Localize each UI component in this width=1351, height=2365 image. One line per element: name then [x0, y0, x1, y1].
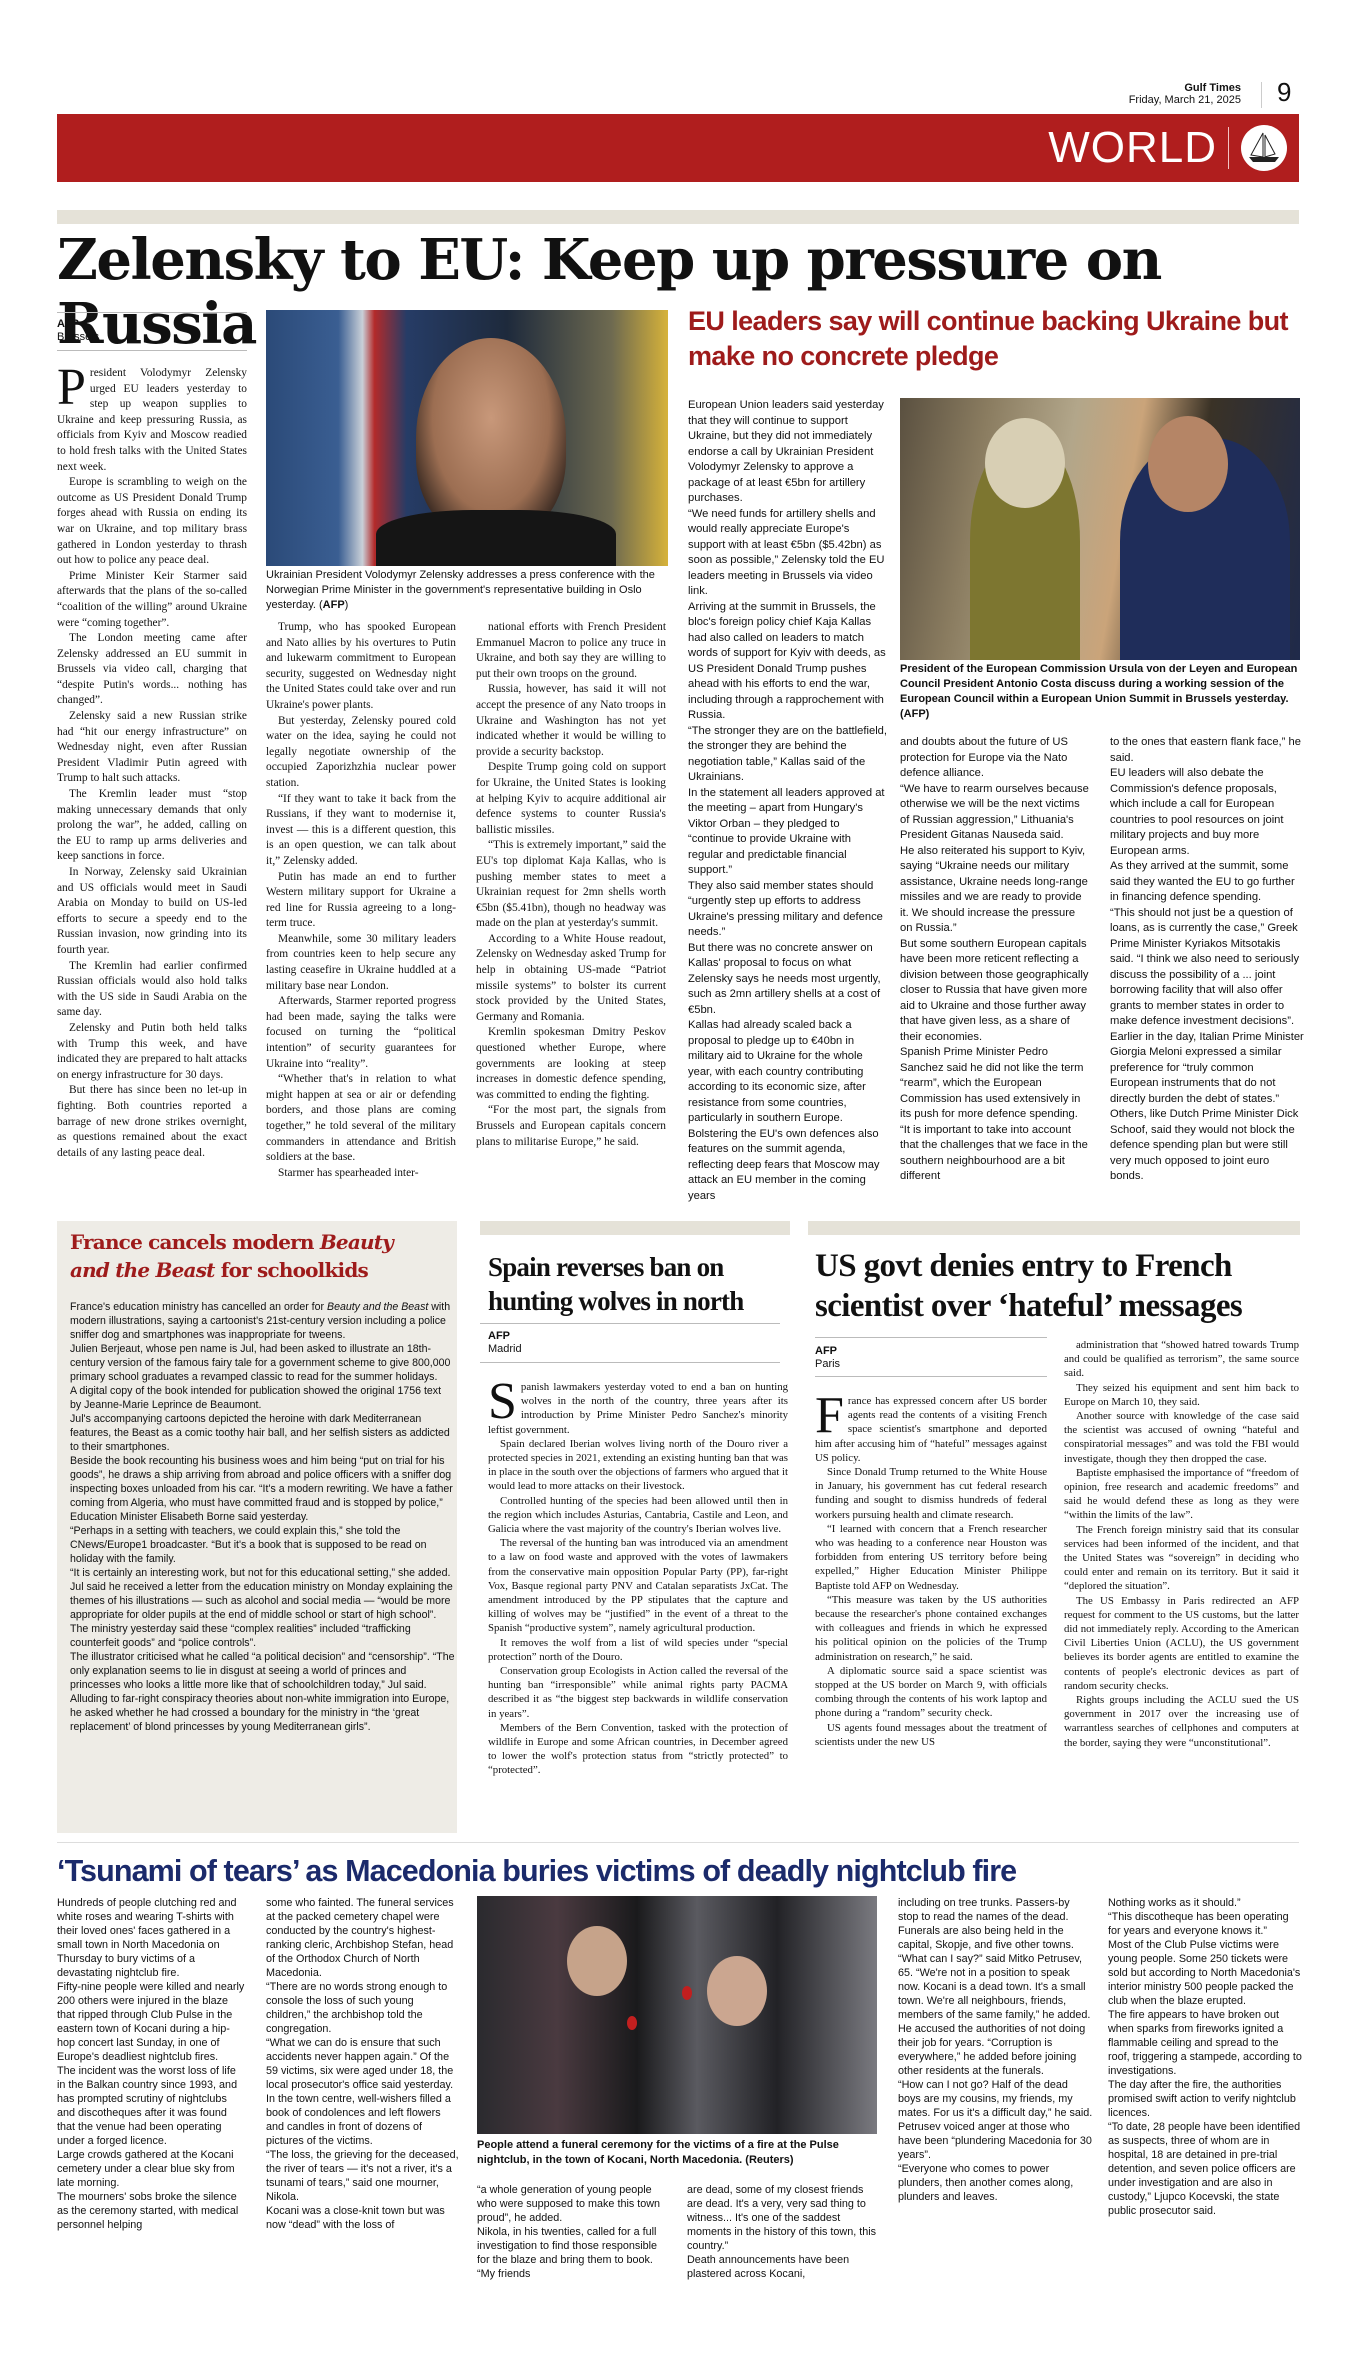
- macedonia-column-1: Hundreds of people clutching red and whi…: [57, 1896, 247, 2232]
- paragraph: national efforts with French President E…: [476, 620, 666, 682]
- byline-dateline: Paris: [815, 1358, 840, 1371]
- us-top-bar: [808, 1221, 1300, 1235]
- paragraph: Rights groups including the ACLU sued th…: [1064, 1693, 1299, 1750]
- paragraph: Spain declared Iberian wolves living nor…: [488, 1437, 788, 1494]
- byline-rule-top: [480, 1323, 780, 1324]
- lead-column-1: President Volodymyr Zelensky urged EU le…: [57, 366, 247, 1161]
- portrait-shoulders: [376, 510, 616, 566]
- mourner-face: [707, 1956, 767, 2026]
- intro-italic: Beauty and the Beast: [327, 1301, 428, 1313]
- paragraph: It removes the wolf from a list of wild …: [488, 1636, 788, 1664]
- france-story-body: France's education ministry has cancelle…: [70, 1300, 455, 1734]
- macedonia-top-rule: [57, 1842, 1299, 1843]
- paragraph: Members of the Bern Convention, tasked w…: [488, 1721, 788, 1778]
- lead-column-3: national efforts with French President E…: [476, 620, 666, 1150]
- headline-italic: and the Beast: [70, 1258, 215, 1282]
- paragraph: “This is extremely important,” said the …: [476, 838, 666, 932]
- paragraph: But there has since been no let-up in fi…: [57, 1083, 247, 1161]
- paragraph: “I learned with concern that a French re…: [815, 1522, 1047, 1593]
- photo-credit: AFP: [904, 708, 926, 720]
- byline-rule-top: [57, 312, 247, 313]
- byline-rule-top: [815, 1337, 1047, 1338]
- byline-rule-bottom: [815, 1376, 1047, 1377]
- eu-column-1: European Union leaders said yesterday th…: [688, 398, 888, 1204]
- paragraph: The Kremlin had earlier confirmed Russia…: [57, 959, 247, 1021]
- paragraph: “For the most part, the signals from Bru…: [476, 1103, 666, 1150]
- paragraph: A diplomatic source said a space scienti…: [815, 1664, 1047, 1721]
- zelensky-photo-caption: Ukrainian President Volodymyr Zelensky a…: [266, 568, 671, 613]
- paragraph: Starmer has spearheaded inter-: [266, 1166, 456, 1182]
- paragraph: Putin has made an end to further Western…: [266, 870, 456, 932]
- eu-leaders-photo: [900, 398, 1300, 660]
- section-divider: [1228, 127, 1229, 169]
- intro-text: France's education ministry has cancelle…: [70, 1301, 327, 1313]
- macedonia-column-5: including on tree trunks. Passers-by sto…: [898, 1896, 1093, 2204]
- spain-story-headline: Spain reverses ban on hunting wolves in …: [488, 1250, 788, 1318]
- paragraph: administration that “showed hatred towar…: [1064, 1338, 1299, 1381]
- drop-cap: F: [815, 1396, 844, 1436]
- paragraph: Another source with knowledge of the cas…: [1064, 1409, 1299, 1466]
- paragraph: “If they want to take it back from the R…: [266, 792, 456, 870]
- france-story-headline: France cancels modern Beauty and the Bea…: [70, 1228, 450, 1284]
- byline-agency: AFP: [815, 1345, 840, 1358]
- byline-agency: AFP: [57, 318, 247, 331]
- eu-story-headline: EU leaders say will continue backing Ukr…: [688, 304, 1308, 374]
- paragraph: “Whether that's in relation to what migh…: [266, 1072, 456, 1166]
- funeral-photo: [477, 1896, 877, 2134]
- paragraph: US agents found messages about the treat…: [815, 1721, 1047, 1749]
- paragraph: Baptiste emphasised the importance of “f…: [1064, 1466, 1299, 1523]
- von-der-leyen-head: [985, 418, 1065, 508]
- spain-top-bar: [480, 1221, 790, 1235]
- paragraph: According to a White House readout, Zele…: [476, 932, 666, 1026]
- paragraph: The Kremlin leader must “stop making unn…: [57, 787, 247, 865]
- photo-credit: Reuters: [749, 2154, 790, 2166]
- macedonia-story-headline: ‘Tsunami of tears’ as Macedonia buries v…: [57, 1852, 1317, 1890]
- headline-part: for schoolkids: [215, 1258, 368, 1282]
- headline-part: France cancels modern: [70, 1230, 320, 1254]
- paragraph: The London meeting came after Zelensky a…: [57, 631, 247, 709]
- paragraph: Trump, who has spooked European and Nato…: [266, 620, 456, 714]
- paragraph: The reversal of the hunting ban was intr…: [488, 1536, 788, 1635]
- paragraph: Since Donald Trump returned to the White…: [815, 1465, 1047, 1522]
- masthead-meta: Gulf Times Friday, March 21, 2025: [1129, 82, 1241, 106]
- macedonia-column-6: Nothing works as it should.” “This disco…: [1108, 1896, 1303, 2218]
- headline-italic: Beauty: [320, 1230, 393, 1254]
- red-rose: [682, 1986, 692, 2000]
- issue-date: Friday, March 21, 2025: [1129, 94, 1241, 106]
- byline-dateline: Madrid: [488, 1343, 522, 1356]
- us-byline: AFP Paris: [815, 1345, 840, 1371]
- byline-dateline: Brussels: [57, 331, 247, 344]
- section-title: WORLD: [1048, 122, 1217, 174]
- paragraph: In Norway, Zelensky said Ukrainian and U…: [57, 865, 247, 959]
- publication-name: Gulf Times: [1129, 82, 1241, 94]
- photo-credit: AFP: [323, 599, 345, 611]
- paragraph: Zelensky said a new Russian strike had “…: [57, 709, 247, 787]
- page-number: 9: [1277, 78, 1291, 106]
- paragraph: They seized his equipment and sent him b…: [1064, 1381, 1299, 1409]
- france-body-text: Julien Berjeaut, whose pen name is Jul, …: [70, 1342, 455, 1734]
- paragraph: Spanish lawmakers yesterday voted to end…: [488, 1380, 788, 1437]
- portrait-figure: [416, 338, 566, 538]
- paragraph: But yesterday, Zelensky poured cold wate…: [266, 714, 456, 792]
- paragraph: Despite Trump going cold on support for …: [476, 760, 666, 838]
- eu-column-2: and doubts about the future of US protec…: [900, 735, 1090, 1185]
- byline-rule-bottom: [480, 1362, 780, 1363]
- paragraph: President Volodymyr Zelensky urged EU le…: [57, 366, 247, 475]
- macedonia-column-3: “a whole generation of young people who …: [477, 2183, 672, 2281]
- paragraph: Controlled hunting of the species had be…: [488, 1494, 788, 1537]
- eu-column-3: to the ones that eastern flank face,” he…: [1110, 735, 1305, 1185]
- paragraph: Kremlin spokesman Dmitry Peskov question…: [476, 1025, 666, 1103]
- byline-agency: AFP: [488, 1330, 522, 1343]
- us-story-headline: US govt denies entry to French scientist…: [815, 1246, 1315, 1326]
- red-rose: [627, 2016, 637, 2030]
- france-intro: France's education ministry has cancelle…: [70, 1300, 455, 1342]
- mourner-face: [567, 1926, 627, 1996]
- paragraph: Zelensky and Putin both held talks with …: [57, 1021, 247, 1083]
- spain-story-body: Spanish lawmakers yesterday voted to end…: [488, 1380, 788, 1778]
- funeral-photo-caption: People attend a funeral ceremony for the…: [477, 2138, 877, 2168]
- section-band: WORLD: [57, 114, 1299, 182]
- paragraph: Europe is scrambling to weigh on the out…: [57, 475, 247, 569]
- paragraph: France has expressed concern after US bo…: [815, 1394, 1047, 1465]
- paragraph: “This measure was taken by the US author…: [815, 1593, 1047, 1664]
- paragraph: Meanwhile, some 30 military leaders from…: [266, 932, 456, 994]
- dhow-boat-icon: [1241, 125, 1287, 171]
- lead-column-2: Trump, who has spooked European and Nato…: [266, 620, 456, 1181]
- masthead-divider: [1261, 82, 1262, 108]
- drop-cap: S: [488, 1382, 517, 1422]
- eu-photo-caption: President of the European Commission Urs…: [900, 662, 1300, 722]
- us-column-1: France has expressed concern after US bo…: [815, 1394, 1047, 1749]
- spain-byline: AFP Madrid: [488, 1330, 522, 1356]
- lead-byline: AFP Brussels: [57, 318, 247, 344]
- costa-head: [1148, 416, 1228, 512]
- paragraph: Afterwards, Starmer reported progress ha…: [266, 994, 456, 1072]
- section-divider-bar: [57, 210, 1299, 224]
- macedonia-column-2: some who fainted. The funeral services a…: [266, 1896, 461, 2232]
- paragraph: Russia, however, has said it will not ac…: [476, 682, 666, 760]
- macedonia-column-4: are dead, some of my closest friends are…: [687, 2183, 882, 2281]
- byline-rule-bottom: [57, 350, 247, 351]
- paragraph: The French foreign ministry said that it…: [1064, 1523, 1299, 1594]
- paragraph: Prime Minister Keir Starmer said afterwa…: [57, 569, 247, 631]
- zelensky-photo: [266, 310, 668, 566]
- paragraph: The US Embassy in Paris redirected an AF…: [1064, 1594, 1299, 1693]
- drop-cap: P: [57, 368, 86, 408]
- caption-text: President of the European Commission Urs…: [900, 663, 1297, 705]
- paragraph: Conservation group Ecologists in Action …: [488, 1664, 788, 1721]
- us-column-2: administration that “showed hatred towar…: [1064, 1338, 1299, 1750]
